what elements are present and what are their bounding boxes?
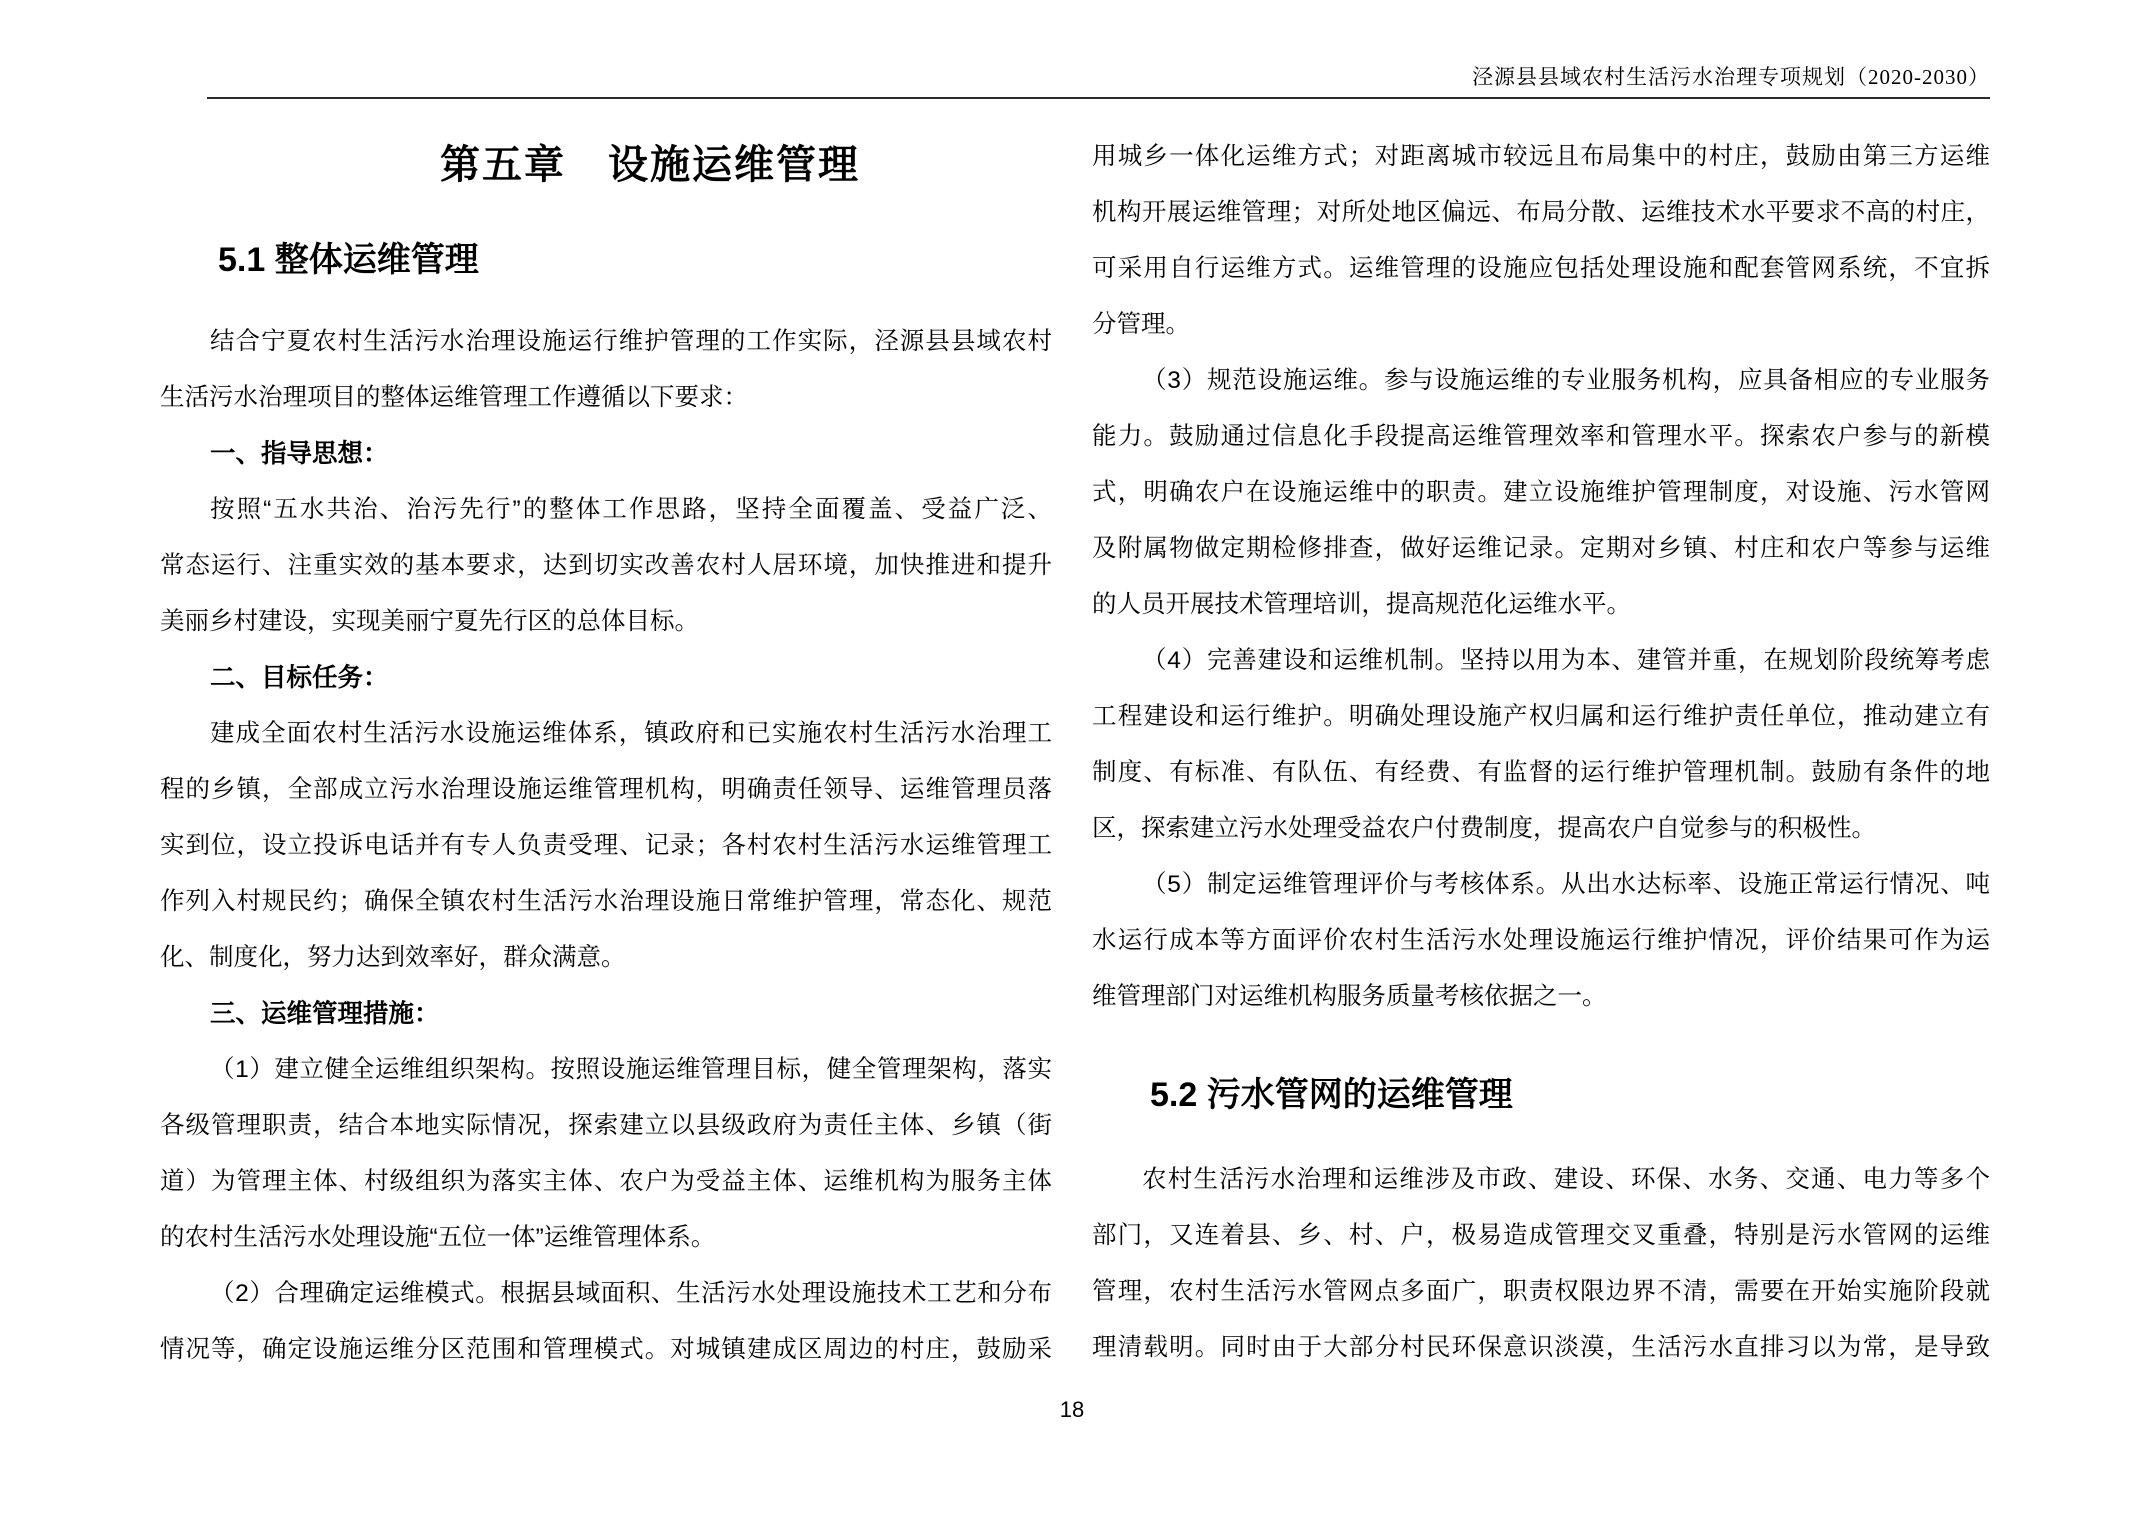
text-line: 常态运行、注重实效的基本要求，达到切实改善农村人居环境，加快推进和提升 <box>160 538 1052 594</box>
paragraph: （3）规范设施运维。参与设施运维的专业服务机构，应具备相应的专业服务能力。鼓励通… <box>1092 353 1990 633</box>
text-line: （3）规范设施运维。参与设施运维的专业服务机构，应具备相应的专业服务 <box>1092 353 1990 409</box>
text-line: （5）制定运维管理评价与考核体系。从出水达标率、设施正常运行情况、吨 <box>1092 857 1990 913</box>
left-column: 第五章 设施运维管理5.1 整体运维管理结合宁夏农村生活污水治理设施运行维护管理… <box>160 137 1052 1378</box>
text-line: 美丽乡村建设，实现美丽宁夏先行区的总体目标。 <box>160 594 1052 650</box>
page-number: 18 <box>0 1398 2144 1422</box>
paragraph: （1）建立健全运维组织架构。按照设施运维管理目标，健全管理架构，落实各级管理职责… <box>160 1042 1052 1266</box>
chapter-title: 第五章 设施运维管理 <box>160 137 1052 193</box>
paragraph: （4）完善建设和运维机制。坚持以用为本、建管并重，在规划阶段统筹考虑工程建设和运… <box>1092 633 1990 857</box>
text-line: 区，探索建立污水处理受益农户付费制度，提高农户自觉参与的积极性。 <box>1092 801 1990 857</box>
text-line: 式，明确农户在设施运维中的职责。建立设施维护管理制度，对设施、污水管网 <box>1092 465 1990 521</box>
header-rule <box>207 97 1990 99</box>
text-line: 按照“五水共治、治污先行”的整体工作思路，坚持全面覆盖、受益广泛、 <box>160 482 1052 538</box>
text-line: 程的乡镇，全部成立污水治理设施运维管理机构，明确责任领导、运维管理员落 <box>160 762 1052 818</box>
paragraph: （2）合理确定运维模式。根据县域面积、生活污水处理设施技术工艺和分布情况等，确定… <box>160 1266 1052 1378</box>
text-line: 能力。鼓励通过信息化手段提高运维管理效率和管理水平。探索农户参与的新模 <box>1092 409 1990 465</box>
text-line: 作列入村规民约；确保全镇农村生活污水治理设施日常维护管理，常态化、规范 <box>160 874 1052 930</box>
text-line: 道）为管理主体、村级组织为落实主体、农户为受益主体、运维机构为服务主体 <box>160 1154 1052 1210</box>
sub-heading: 一、指导思想： <box>160 426 1052 482</box>
text-line: （1）建立健全运维组织架构。按照设施运维管理目标，健全管理架构，落实 <box>160 1042 1052 1098</box>
sub-heading: 三、运维管理措施： <box>160 986 1052 1042</box>
text-line: 制度、有标准、有队伍、有经费、有监督的运行维护管理机制。鼓励有条件的地 <box>1092 745 1990 801</box>
text-line: 农村生活污水治理和运维涉及市政、建设、环保、水务、交通、电力等多个 <box>1092 1152 1990 1208</box>
paragraph: 农村生活污水治理和运维涉及市政、建设、环保、水务、交通、电力等多个部门，又连着县… <box>1092 1152 1990 1376</box>
sub-heading: 二、目标任务： <box>160 650 1052 706</box>
section-heading: 5.1 整体运维管理 <box>160 240 1052 280</box>
right-column: 用城乡一体化运维方式；对距离城市较远且布局集中的村庄，鼓励由第三方运维机构开展运… <box>1092 129 1990 1376</box>
section-heading: 5.2 污水管网的运维管理 <box>1092 1075 1990 1115</box>
text-line: 及附属物做定期检修排查，做好运维记录。定期对乡镇、村庄和农户等参与运维 <box>1092 521 1990 577</box>
header-title: 泾源县县域农村生活污水治理专项规划（2020-2030） <box>1472 63 1990 91</box>
document-page: 泾源县县域农村生活污水治理专项规划（2020-2030） 第五章 设施运维管理5… <box>0 0 2144 1515</box>
text-line: 的农村生活污水处理设施“五位一体”运维管理体系。 <box>160 1210 1052 1266</box>
paragraph: 建成全面农村生活污水设施运维体系，镇政府和已实施农村生活污水治理工程的乡镇，全部… <box>160 706 1052 986</box>
text-line: 化、制度化，努力达到效率好，群众满意。 <box>160 930 1052 986</box>
paragraph: 用城乡一体化运维方式；对距离城市较远且布局集中的村庄，鼓励由第三方运维机构开展运… <box>1092 129 1990 353</box>
text-line: 管理，农村生活污水管网点多面广，职责权限边界不清，需要在开始实施阶段就 <box>1092 1264 1990 1320</box>
text-line: 结合宁夏农村生活污水治理设施运行维护管理的工作实际，泾源县县域农村 <box>160 314 1052 370</box>
text-line: 情况等，确定设施运维分区范围和管理模式。对城镇建成区周边的村庄，鼓励采 <box>160 1322 1052 1378</box>
text-line: 生活污水治理项目的整体运维管理工作遵循以下要求： <box>160 370 1052 426</box>
text-line: （2）合理确定运维模式。根据县域面积、生活污水处理设施技术工艺和分布 <box>160 1266 1052 1322</box>
text-line: （4）完善建设和运维机制。坚持以用为本、建管并重，在规划阶段统筹考虑 <box>1092 633 1990 689</box>
text-line: 可采用自行运维方式。运维管理的设施应包括处理设施和配套管网系统，不宜拆 <box>1092 241 1990 297</box>
text-line: 工程建设和运行维护。明确处理设施产权归属和运行维护责任单位，推动建立有 <box>1092 689 1990 745</box>
text-line: 建成全面农村生活污水设施运维体系，镇政府和已实施农村生活污水治理工 <box>160 706 1052 762</box>
text-line: 水运行成本等方面评价农村生活污水处理设施运行维护情况，评价结果可作为运 <box>1092 913 1990 969</box>
paragraph: 按照“五水共治、治污先行”的整体工作思路，坚持全面覆盖、受益广泛、常态运行、注重… <box>160 482 1052 650</box>
text-line: 部门，又连着县、乡、村、户，极易造成管理交叉重叠，特别是污水管网的运维 <box>1092 1208 1990 1264</box>
text-line: 机构开展运维管理；对所处地区偏远、布局分散、运维技术水平要求不高的村庄， <box>1092 185 1990 241</box>
paragraph: 结合宁夏农村生活污水治理设施运行维护管理的工作实际，泾源县县域农村生活污水治理项… <box>160 314 1052 426</box>
paragraph: （5）制定运维管理评价与考核体系。从出水达标率、设施正常运行情况、吨水运行成本等… <box>1092 857 1990 1025</box>
text-line: 实到位，设立投诉电话并有专人负责受理、记录；各村农村生活污水运维管理工 <box>160 818 1052 874</box>
text-line: 理清载明。同时由于大部分村民环保意识淡漠，生活污水直排习以为常，是导致 <box>1092 1320 1990 1376</box>
text-line: 的人员开展技术管理培训，提高规范化运维水平。 <box>1092 577 1990 633</box>
text-line: 用城乡一体化运维方式；对距离城市较远且布局集中的村庄，鼓励由第三方运维 <box>1092 129 1990 185</box>
text-line: 分管理。 <box>1092 297 1990 353</box>
text-line: 各级管理职责，结合本地实际情况，探索建立以县级政府为责任主体、乡镇（街 <box>160 1098 1052 1154</box>
text-line: 维管理部门对运维机构服务质量考核依据之一。 <box>1092 969 1990 1025</box>
